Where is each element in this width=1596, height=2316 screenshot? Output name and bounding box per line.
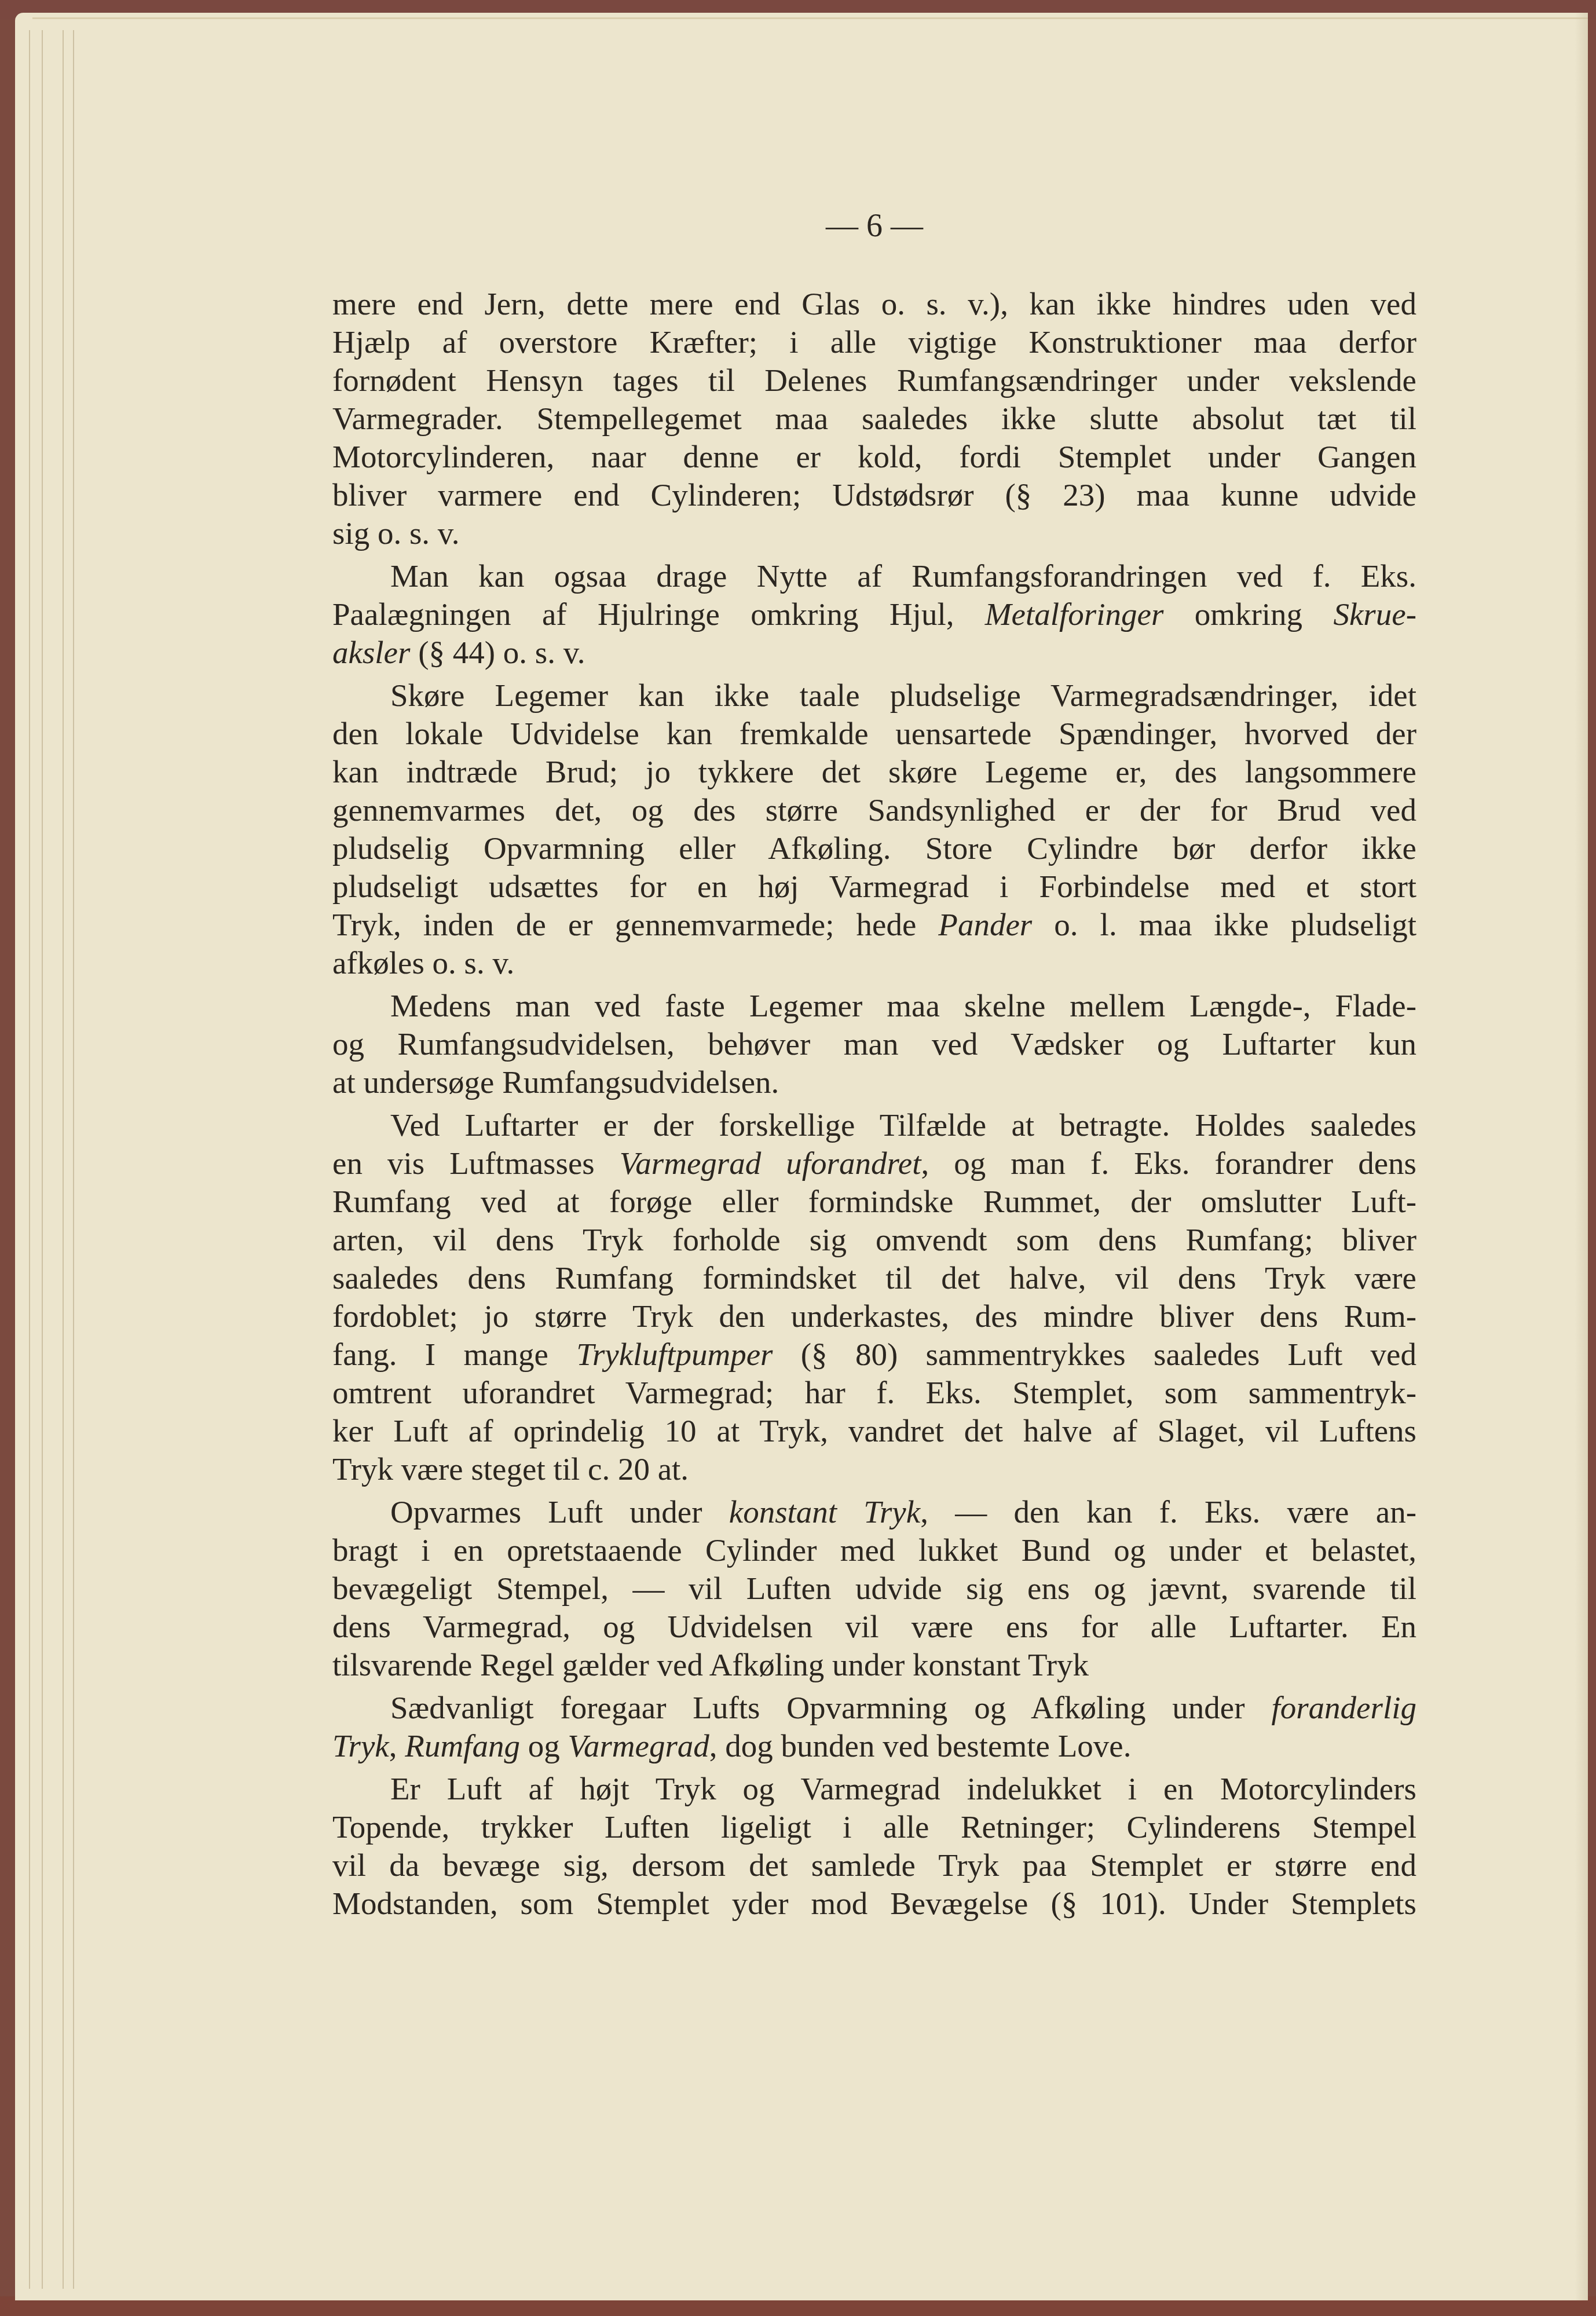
text-line: ker Luft af oprindelig 10 at Tryk, vandr… bbox=[332, 1412, 1416, 1450]
book-page: — 6 — mere end Jern, dette mere end Glas… bbox=[15, 13, 1588, 2300]
text-line: bliver varmere end Cylinderen; Udstødsrø… bbox=[332, 476, 1416, 514]
text-line: og Rumfangsudvidelsen, behøver man ved V… bbox=[332, 1025, 1416, 1063]
page-edge-line bbox=[73, 30, 74, 2289]
text-line: saaledes dens Rumfang formindsket til de… bbox=[332, 1259, 1416, 1297]
text-line: mere end Jern, dette mere end Glas o. s.… bbox=[332, 285, 1416, 323]
page-gutter-shadow bbox=[1575, 13, 1588, 2300]
text-line: Hjælp af overstore Kræfter; i alle vigti… bbox=[332, 323, 1416, 361]
text-line: den lokale Udvidelse kan fremkalde uensa… bbox=[332, 715, 1416, 753]
text-line: Topende, trykker Luften ligeligt i alle … bbox=[332, 1808, 1416, 1846]
text-line: Skøre Legemer kan ikke taale pludselige … bbox=[332, 676, 1416, 715]
text-line: Varmegrader. Stempellegemet maa saaledes… bbox=[332, 400, 1416, 438]
text-line: Sædvanligt foregaar Lufts Opvarmning og … bbox=[332, 1689, 1416, 1727]
text-line: afkøles o. s. v. bbox=[332, 944, 1416, 982]
text-line: Paalægningen af Hjulringe omkring Hjul, … bbox=[332, 595, 1416, 634]
paragraph: Sædvanligt foregaar Lufts Opvarmning og … bbox=[332, 1689, 1416, 1765]
text-line: fordoblet; jo større Tryk den underkaste… bbox=[332, 1297, 1416, 1336]
paragraph: Medens man ved faste Legemer maa skelne … bbox=[332, 987, 1416, 1102]
text-line: Medens man ved faste Legemer maa skelne … bbox=[332, 987, 1416, 1025]
text-line: aksler (§ 44) o. s. v. bbox=[332, 634, 1416, 672]
paragraph: Ved Luftarter er der forskellige Tilfæld… bbox=[332, 1106, 1416, 1488]
text-line: Tryk være steget til c. 20 at. bbox=[332, 1450, 1416, 1488]
text-line: Tryk, inden de er gennemvarmede; hede Pa… bbox=[332, 906, 1416, 944]
text-line: Rumfang ved at forøge eller formindske R… bbox=[332, 1183, 1416, 1221]
text-line: gennemvarmes det, og des større Sandsynl… bbox=[332, 791, 1416, 829]
page-top-edge bbox=[32, 17, 1588, 19]
text-line: Tryk, Rumfang og Varmegrad, dog bunden v… bbox=[332, 1727, 1416, 1765]
body-text: mere end Jern, dette mere end Glas o. s.… bbox=[332, 285, 1416, 1927]
text-line: pludseligt udsættes for en høj Varmegrad… bbox=[332, 868, 1416, 906]
text-line: omtrent uforandret Varmegrad; har f. Eks… bbox=[332, 1374, 1416, 1412]
text-line: vil da bevæge sig, dersom det samlede Tr… bbox=[332, 1846, 1416, 1885]
page-number: — 6 — bbox=[332, 207, 1416, 245]
paragraph: Er Luft af højt Tryk og Varmegrad indelu… bbox=[332, 1770, 1416, 1923]
page-edge-line bbox=[63, 30, 64, 2289]
text-line: Modstanden, som Stemplet yder mod Bevæge… bbox=[332, 1885, 1416, 1923]
text-line: dens Varmegrad, og Udvidelsen vil være e… bbox=[332, 1608, 1416, 1646]
page-edge-line bbox=[42, 30, 43, 2289]
text-line: arten, vil dens Tryk forholde sig omvend… bbox=[332, 1221, 1416, 1259]
text-line: tilsvarende Regel gælder ved Afkøling un… bbox=[332, 1646, 1416, 1684]
text-line: fang. I mange Trykluftpumper (§ 80) samm… bbox=[332, 1336, 1416, 1374]
paragraph: Skøre Legemer kan ikke taale pludselige … bbox=[332, 676, 1416, 982]
paragraph: Man kan ogsaa drage Nytte af Rumfangsfor… bbox=[332, 557, 1416, 672]
text-line: pludselig Opvarmning eller Afkøling. Sto… bbox=[332, 829, 1416, 868]
text-line: kan indtræde Brud; jo tykkere det skøre … bbox=[332, 753, 1416, 791]
text-line: fornødent Hensyn tages til Delenes Rumfa… bbox=[332, 361, 1416, 400]
text-line: Motorcylinderen, naar denne er kold, for… bbox=[332, 438, 1416, 476]
paragraph: mere end Jern, dette mere end Glas o. s.… bbox=[332, 285, 1416, 553]
text-line: at undersøge Rumfangsudvidelsen. bbox=[332, 1063, 1416, 1102]
text-line: bevægeligt Stempel, — vil Luften udvide … bbox=[332, 1569, 1416, 1608]
page-edge-line bbox=[29, 30, 30, 2289]
text-line: sig o. s. v. bbox=[332, 514, 1416, 553]
text-line: Ved Luftarter er der forskellige Tilfæld… bbox=[332, 1106, 1416, 1144]
text-line: bragt i en opretstaaende Cylinder med lu… bbox=[332, 1531, 1416, 1569]
text-line: Er Luft af højt Tryk og Varmegrad indelu… bbox=[332, 1770, 1416, 1808]
text-line: Man kan ogsaa drage Nytte af Rumfangsfor… bbox=[332, 557, 1416, 595]
paragraph: Opvarmes Luft under konstant Tryk, — den… bbox=[332, 1493, 1416, 1684]
text-line: Opvarmes Luft under konstant Tryk, — den… bbox=[332, 1493, 1416, 1531]
text-line: en vis Luftmasses Varmegrad uforandret, … bbox=[332, 1144, 1416, 1183]
